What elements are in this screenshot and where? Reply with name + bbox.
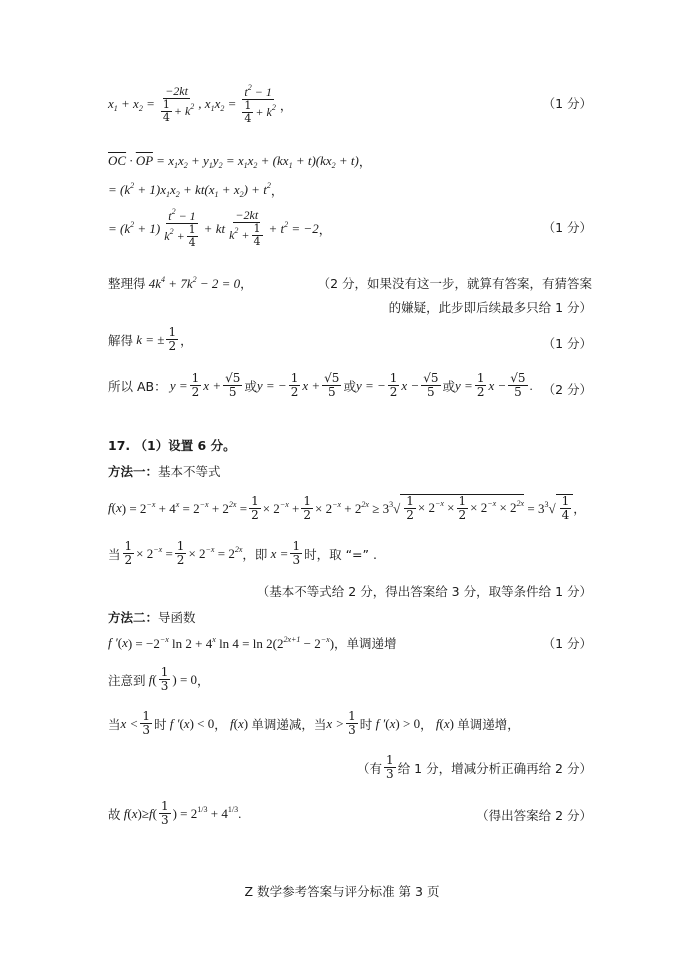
equation-critical-point: 注意到 f(13) = 0， [108,666,592,693]
score-note: （有 13 给 1 分，增减分析正确再给 2 分） [357,754,592,781]
score-label: （1 分） [543,218,592,236]
equation-derivative: f ′(x) = −2−x ln 2 + 4x ln 4 = ln 2(22x+… [108,634,592,652]
score-note: （基本不等式给 2 分，得出答案给 3 分，取等条件给 1 分） [257,582,592,600]
equality-condition: 当 12× 2−x = 12× 2−x = 22x ，即 x =13 时，取 “… [108,540,592,567]
equation-dot-product: OC · OP = x1x2 + y1y2 = x1x2 + (kx1 + t)… [108,152,592,170]
monotonicity-analysis: 当 x <13 时 f ′(x) < 0 ， f(x) 单调递减，当 x >13… [108,710,592,737]
equation-ab-lines: 所以 AB： y =12x +√55 或 y = −12x +√55 或 y =… [108,372,592,399]
method-one-heading: 方法一： 基本不等式 [108,462,592,480]
page-footer: Z 数学参考答案与评分标准 第 3 页 [0,882,684,900]
score-label: （2 分） [543,380,592,398]
equation-solve-k: 解得 k = ± 12 ， [108,326,592,353]
score-label: （1 分） [543,634,592,652]
equation-am-gm: f(x) = 2−x + 4x = 2−x + 22x = 12× 2−x + … [108,494,592,522]
method-two-heading: 方法二： 导函数 [108,608,592,626]
score-label: （得出答案给 2 分） [476,806,592,824]
question-17-title: 17. （1）设置 6 分。 [108,436,592,454]
equation-vieta: x1 + x2 = −2kt14+ k2 , x1x2 = t2 − 114+ … [108,84,592,125]
equation-expand: = (k2 + 1)x1x2 + kt(x1 + x2) + t2， [108,181,592,199]
equation-substitute: = (k2 + 1) t2 − 1k2 +14 + kt −2ktk2 +14 … [108,208,592,249]
score-label: （1 分） [543,334,592,352]
score-label: （1 分） [543,94,592,112]
score-note: （2 分，如果没有这一步，就算有答案，有猜答案 [318,274,592,292]
score-note: 的嫌疑，此步即后续最多只给 1 分） [389,298,592,316]
